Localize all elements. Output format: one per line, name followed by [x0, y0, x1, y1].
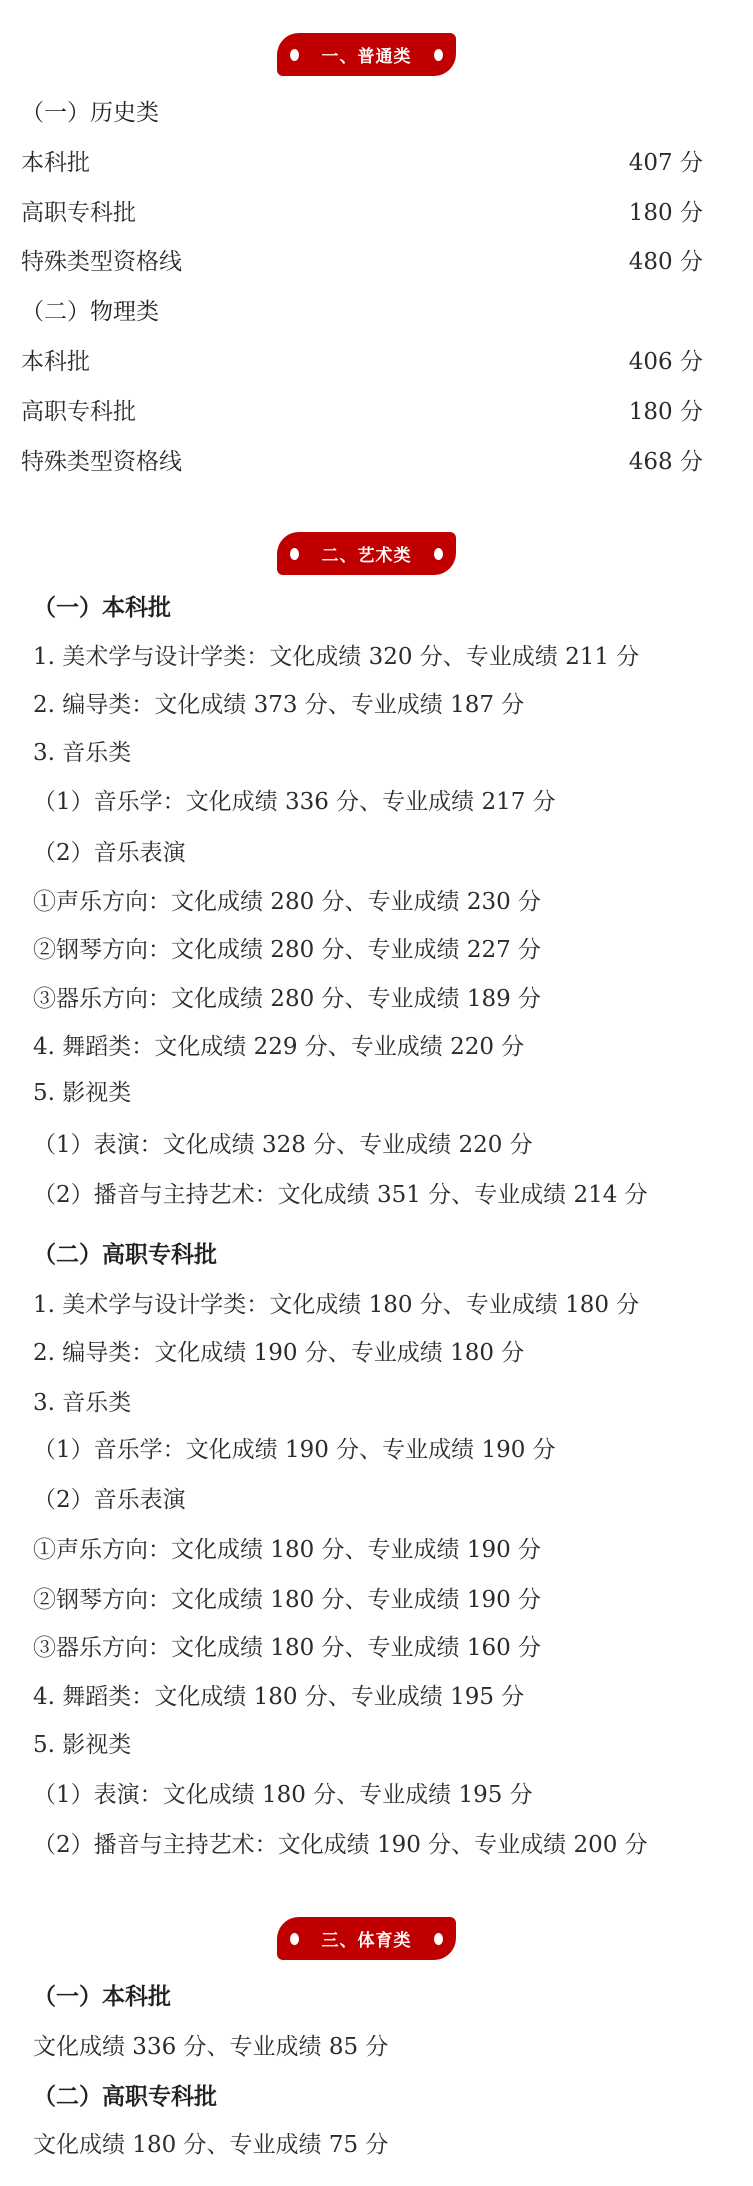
- list-item: 2. 编导类：文化成绩 373 分、专业成绩 187 分: [33, 690, 524, 720]
- score-row: 特殊类型资格线 468 分: [21, 447, 703, 477]
- dot-icon: [290, 1933, 299, 1945]
- list-item: （2）音乐表演: [33, 1485, 186, 1515]
- section-badge-sports: 三、体育类: [277, 1917, 456, 1960]
- row-label: 本科批: [21, 347, 90, 377]
- section-badge-art: 二、艺术类: [277, 532, 456, 575]
- list-item: （1）表演：文化成绩 180 分、专业成绩 195 分: [33, 1780, 533, 1810]
- dot-icon: [434, 1933, 443, 1945]
- group-heading-vocational: （二）高职专科批: [33, 2082, 217, 2112]
- section-badge-label: 三、体育类: [322, 1926, 412, 1951]
- row-label: 高职专科批: [21, 397, 136, 427]
- list-item: 4. 舞蹈类：文化成绩 180 分、专业成绩 195 分: [33, 1682, 524, 1712]
- list-item: ②钢琴方向：文化成绩 280 分、专业成绩 227 分: [33, 935, 541, 965]
- section-badge-label: 二、艺术类: [322, 541, 412, 566]
- list-item: 3. 音乐类: [33, 1388, 131, 1418]
- list-item: 1. 美术学与设计学类：文化成绩 320 分、专业成绩 211 分: [33, 642, 639, 672]
- list-item: ①声乐方向：文化成绩 280 分、专业成绩 230 分: [33, 887, 541, 917]
- list-item: 文化成绩 180 分、专业成绩 75 分: [33, 2130, 388, 2160]
- list-item: （2）播音与主持艺术：文化成绩 190 分、专业成绩 200 分: [33, 1830, 648, 1860]
- group-heading-undergrad: （一）本科批: [33, 1982, 171, 2012]
- list-item: 文化成绩 336 分、专业成绩 85 分: [33, 2032, 388, 2062]
- section-badge-label: 一、普通类: [322, 42, 412, 67]
- dot-icon: [290, 548, 299, 560]
- list-item: ③器乐方向：文化成绩 180 分、专业成绩 160 分: [33, 1633, 541, 1663]
- row-value: 480 分: [629, 247, 703, 277]
- row-value: 407 分: [629, 148, 703, 178]
- list-item: 5. 影视类: [33, 1730, 131, 1760]
- row-value: 180 分: [629, 198, 703, 228]
- dot-icon: [290, 49, 299, 61]
- list-item: （2）播音与主持艺术：文化成绩 351 分、专业成绩 214 分: [33, 1180, 648, 1210]
- row-label: 特殊类型资格线: [21, 247, 182, 277]
- list-item: （1）音乐学：文化成绩 190 分、专业成绩 190 分: [33, 1435, 556, 1465]
- score-row: 高职专科批 180 分: [21, 198, 703, 228]
- dot-icon: [434, 548, 443, 560]
- score-row: 本科批 406 分: [21, 347, 703, 377]
- list-item: 4. 舞蹈类：文化成绩 229 分、专业成绩 220 分: [33, 1032, 524, 1062]
- group-heading-physics: （二）物理类: [21, 297, 159, 327]
- list-item: ③器乐方向：文化成绩 280 分、专业成绩 189 分: [33, 984, 541, 1014]
- list-item: 1. 美术学与设计学类：文化成绩 180 分、专业成绩 180 分: [33, 1290, 639, 1320]
- list-item: （1）音乐学：文化成绩 336 分、专业成绩 217 分: [33, 787, 556, 817]
- dot-icon: [434, 49, 443, 61]
- list-item: （1）表演：文化成绩 328 分、专业成绩 220 分: [33, 1130, 533, 1160]
- list-item: ②钢琴方向：文化成绩 180 分、专业成绩 190 分: [33, 1585, 541, 1615]
- row-label: 本科批: [21, 148, 90, 178]
- list-item: （2）音乐表演: [33, 838, 186, 868]
- row-value: 180 分: [629, 397, 703, 427]
- row-label: 高职专科批: [21, 198, 136, 228]
- score-row: 特殊类型资格线 480 分: [21, 247, 703, 277]
- row-value: 468 分: [629, 447, 703, 477]
- row-value: 406 分: [629, 347, 703, 377]
- score-row: 高职专科批 180 分: [21, 397, 703, 427]
- group-heading-history: （一）历史类: [21, 98, 159, 128]
- section-badge-general: 一、普通类: [277, 33, 456, 76]
- group-heading-undergrad: （一）本科批: [33, 593, 171, 623]
- list-item: 5. 影视类: [33, 1078, 131, 1108]
- row-label: 特殊类型资格线: [21, 447, 182, 477]
- list-item: 3. 音乐类: [33, 738, 131, 768]
- list-item: 2. 编导类：文化成绩 190 分、专业成绩 180 分: [33, 1338, 524, 1368]
- group-heading-vocational: （二）高职专科批: [33, 1240, 217, 1270]
- list-item: ①声乐方向：文化成绩 180 分、专业成绩 190 分: [33, 1535, 541, 1565]
- score-row: 本科批 407 分: [21, 148, 703, 178]
